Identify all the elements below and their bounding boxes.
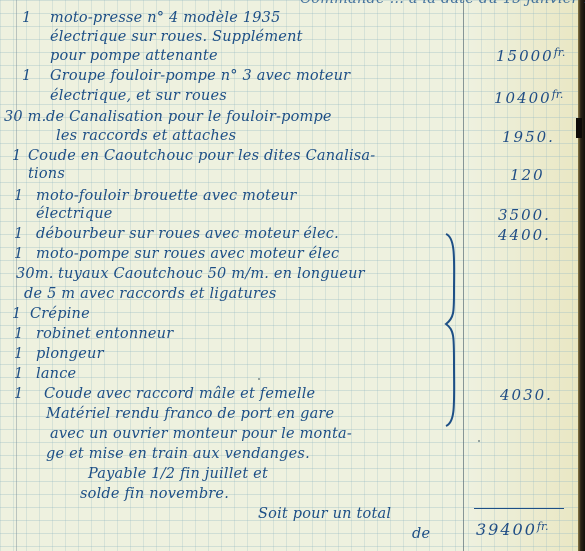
total-label: de — [412, 526, 430, 542]
line-text: tuyaux Caoutchouc 50 m/m. en longueur — [58, 266, 365, 282]
line-text: Coude avec raccord mâle et femelle — [44, 386, 315, 402]
amount-value: 10400 — [494, 89, 552, 107]
line-qty: 1 — [22, 68, 31, 84]
line-text: Matériel rendu franco de port en gare — [46, 406, 334, 422]
line-text: moto-presse n° 4 modèle 1935 — [50, 10, 281, 26]
amount-cell: 120 — [510, 166, 545, 184]
amount-cell: 4030. — [500, 386, 553, 404]
payment-terms: solde fin novembre. — [80, 486, 229, 502]
payment-terms: Payable 1/2 fin juillet et — [88, 466, 268, 482]
currency-unit: fr. — [537, 520, 549, 533]
line-text: Crépine — [30, 306, 90, 322]
line-qty: 1 — [14, 188, 23, 204]
total-underline — [474, 508, 564, 509]
amount-value: 4400. — [498, 226, 551, 244]
amount-cell: 1950. — [502, 128, 555, 146]
line-text: les raccords et attaches — [56, 128, 236, 144]
amount-value: 4030. — [500, 386, 553, 404]
line-qty: 1 — [14, 346, 23, 362]
amount-cell: 15000fr. — [496, 46, 565, 65]
line-text: électrique, et sur roues — [50, 88, 227, 104]
line-text: tions — [28, 166, 65, 182]
line-qty: 30m. — [16, 266, 54, 282]
amount-value: 120 — [510, 166, 545, 184]
line-text: de Canalisation pour le fouloir-pompe — [46, 109, 332, 125]
line-qty: 1 — [14, 326, 23, 342]
total-amount: 39400fr. — [476, 520, 549, 539]
line-text: électrique sur roues. Supplément — [50, 29, 303, 45]
line-qty: 1 — [14, 226, 23, 242]
currency-unit: fr. — [552, 88, 564, 101]
line-text: avec un ouvrier monteur pour le monta- — [50, 426, 352, 442]
line-qty: 1 — [22, 10, 31, 26]
line-qty: 1 — [12, 306, 21, 322]
line-qty: 30 m. — [4, 109, 46, 125]
currency-unit: fr. — [554, 46, 566, 59]
header-partial: Commandé ... à la date du 15 janvier 19.… — [300, 0, 585, 7]
ledger-page: Commandé ... à la date du 15 janvier 19.… — [0, 0, 585, 551]
line-text: de 5 m avec raccords et ligatures — [24, 286, 277, 302]
line-text: ge et mise en train aux vendanges. — [46, 446, 310, 462]
line-text: lance — [36, 366, 76, 382]
binding-tab — [576, 118, 582, 138]
line-qty: 1 — [14, 386, 23, 402]
line-qty: 1 — [14, 366, 23, 382]
line-text: moto-fouloir brouette avec moteur — [36, 188, 297, 204]
line-text: robinet entonneur — [36, 326, 173, 342]
line-text: débourbeur sur roues avec moteur élec. — [36, 226, 339, 242]
line-text: moto-pompe sur roues avec moteur élec — [36, 246, 339, 262]
line-text: Coude en Caoutchouc pour les dites Canal… — [28, 148, 375, 164]
amount-cell: 4400. — [498, 226, 551, 244]
ink-speck — [478, 440, 480, 442]
total-value: 39400 — [476, 520, 537, 539]
footer-partial: ... — [22, 543, 36, 551]
line-text: Groupe fouloir-pompe n° 3 avec moteur — [50, 68, 350, 84]
amount-value: 3500. — [498, 206, 551, 224]
line-qty: 1 — [12, 148, 21, 164]
amount-cell: 10400fr. — [494, 88, 563, 107]
grouping-brace — [440, 232, 464, 428]
line-qty: 1 — [14, 246, 23, 262]
amount-value: 15000 — [496, 47, 554, 65]
ink-speck — [258, 378, 260, 380]
amount-cell: 3500. — [498, 206, 551, 224]
amount-value: 1950. — [502, 128, 555, 146]
line-text: électrique — [36, 206, 113, 222]
total-label: Soit pour un total — [258, 506, 391, 522]
line-text: plongeur — [36, 346, 104, 362]
book-binding-edge — [578, 0, 585, 551]
line-text: pour pompe attenante — [50, 48, 218, 64]
